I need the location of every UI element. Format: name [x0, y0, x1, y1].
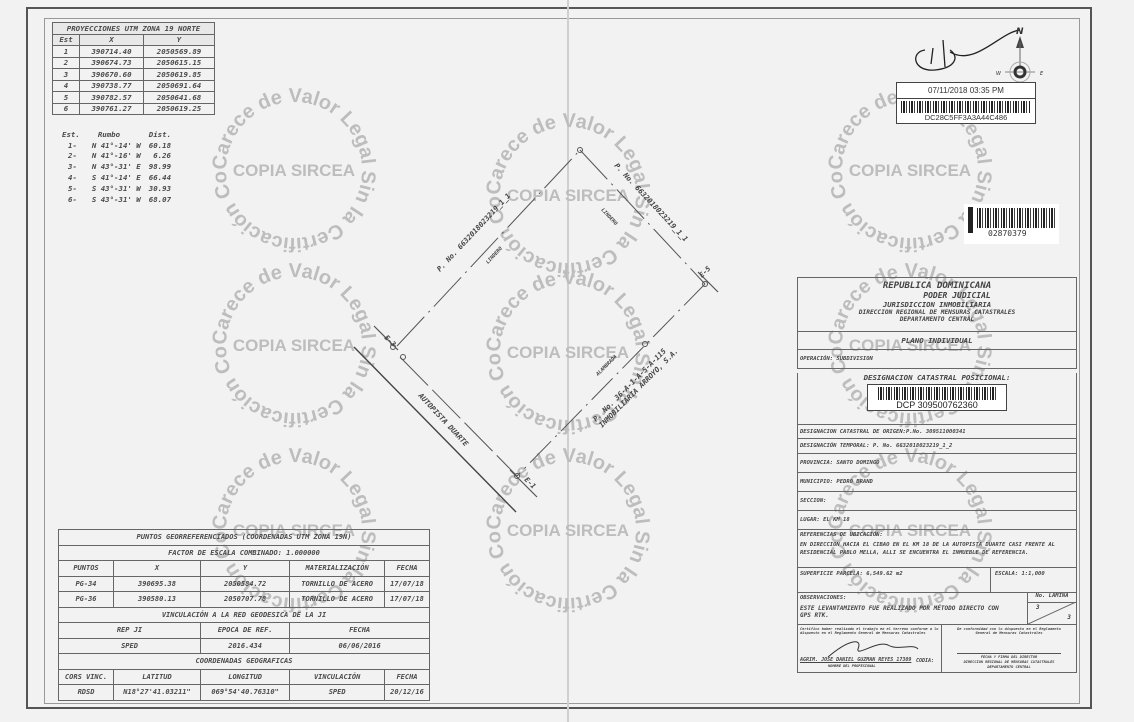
dcp-title: DESIGNACION CATASTRAL POSICIONAL:	[798, 373, 1076, 382]
compass-west-label: W	[996, 71, 1002, 77]
barcode-label: 02870379	[964, 204, 1059, 244]
neighbor-label-ne: P. No. 6632018023219_1_1	[613, 161, 690, 243]
codia-label: CODIA:	[916, 658, 934, 664]
neighbor-label-se: P. No. 36-A-1-A-5-A-115	[591, 346, 668, 423]
observations-label: OBSERVACIONES:	[800, 595, 1025, 601]
country-name: REPUBLICA DOMINICANA	[798, 281, 1076, 291]
road-label: AUTOPISTA DUARTE	[416, 390, 471, 448]
municipality: MUNICIPIO: PEDRO BRAND	[797, 473, 1077, 492]
title-block: REPUBLICA DOMINICANA PODER JUDICIAL JURI…	[797, 277, 1077, 673]
stamp-code: DC28C5FF3A3A44C486	[897, 113, 1035, 123]
scale: ESCALA: 1:1,000	[991, 568, 1049, 592]
place: LUGAR: EL KM 18	[797, 511, 1077, 530]
cert-text: De conformidad con lo dispuesto en el Re…	[944, 627, 1074, 635]
sheet-current: 3	[1036, 604, 1040, 611]
survey-plan-sheet: Carece de Valor Legal Sin la Certificaci…	[0, 0, 1134, 722]
plan-type: PLANO INDIVIDUAL	[797, 332, 1077, 350]
location-references: REFERENCIAS DE UBICACIÓN: EN DIRECCION H…	[797, 530, 1077, 568]
station-label: E-1	[523, 476, 538, 491]
neighbor-label-nw: P. No. 6632018023219_1_1	[435, 191, 512, 273]
dcp-code: DCP 309500762360	[868, 400, 1006, 410]
cert-text: Certifico haber realizado el trabajo en …	[800, 627, 939, 635]
references-text: EN DIRECCION HACIA EL CIBAO EN EL KM 18 …	[800, 541, 1074, 557]
jurisdiction-name: JURISDICCION INMOBILIARIA	[798, 300, 1076, 309]
sheet-number-box: No. LAMINA 3 3	[1027, 593, 1076, 624]
temporal-designation: DESIGNACIÓN TEMPORAL: P. No. 66320180232…	[797, 439, 1077, 454]
directorate-name: DIRECCION REGIONAL DE MENSURAS CATASTRAL…	[798, 309, 1076, 316]
surface-scale-row: SUPERFICIE PARCELA: 6,549.62 m2 ESCALA: …	[797, 568, 1077, 593]
sheet-total: 3	[1067, 614, 1071, 621]
references-label: REFERENCIAS DE UBICACIÓN:	[800, 532, 1074, 538]
surveyor-name: AGRIM. JOSE DANIEL GUZMAN REYES 17309	[800, 657, 911, 663]
origin-designation: DESIGNACION CATASTRAL DE ORIGEN:P.No. 30…	[797, 425, 1077, 439]
observations-row: OBSERVACIONES: ESTE LEVANTAMIENTO FUE RE…	[797, 593, 1077, 625]
director-caption: DIRECCION REGIONAL DE MENSURAS CATASTRAL…	[942, 660, 1076, 664]
surveyor-certification: Certifico haber realizado el trabajo en …	[798, 625, 942, 672]
compass-east-label: E	[1040, 71, 1044, 77]
barcode-number: 02870379	[988, 229, 1027, 238]
director-caption: DEPARTAMENTO CENTRAL	[942, 665, 1076, 669]
boundary-type-se: ALAMBRADA	[594, 354, 618, 378]
section: SECCION:	[797, 492, 1077, 511]
dcp-barcode-box: DCP 309500762360	[867, 384, 1007, 411]
director-caption: FECHA Y FIRMA DEL DIRECTOR	[942, 655, 1076, 659]
province: PROVINCIA: SANTO DOMINGO	[797, 454, 1077, 473]
institution-header: REPUBLICA DOMINICANA PODER JUDICIAL JURI…	[797, 277, 1077, 332]
digital-stamp: 07/11/2018 03:35 PM DC28C5FF3A3A44C486	[896, 82, 1036, 124]
parcel-surface: SUPERFICIE PARCELA: 6,549.62 m2	[798, 568, 991, 592]
observations-text: ESTE LEVANTAMIENTO FUE REALIZADO POR MÉT…	[800, 605, 1000, 619]
station-label: E-5	[698, 265, 713, 280]
stamp-barcode	[901, 101, 1031, 113]
signature-icon	[916, 30, 1020, 70]
north-arrow-icon: N W E	[996, 27, 1044, 82]
certification-row: Certifico haber realizado el trabajo en …	[797, 625, 1077, 673]
operation: OPERACIÓN: SUBDIVISION	[797, 350, 1077, 369]
director-approval: De conformidad con lo dispuesto en el Re…	[942, 625, 1076, 672]
boundary-type-ne: LINDERO	[600, 207, 619, 227]
department-name: DEPARTAMENTO CENTRAL	[798, 316, 1076, 323]
dcp-section: DESIGNACION CATASTRAL POSICIONAL: DCP 30…	[797, 373, 1077, 425]
branch-name: PODER JUDICIAL	[838, 291, 1076, 300]
surveyor-caption: NOMBRE DEL PROFESIONAL	[828, 664, 876, 668]
stamp-datetime: 07/11/2018 03:35 PM	[897, 83, 1035, 99]
compass-north-label: N	[1016, 27, 1024, 37]
